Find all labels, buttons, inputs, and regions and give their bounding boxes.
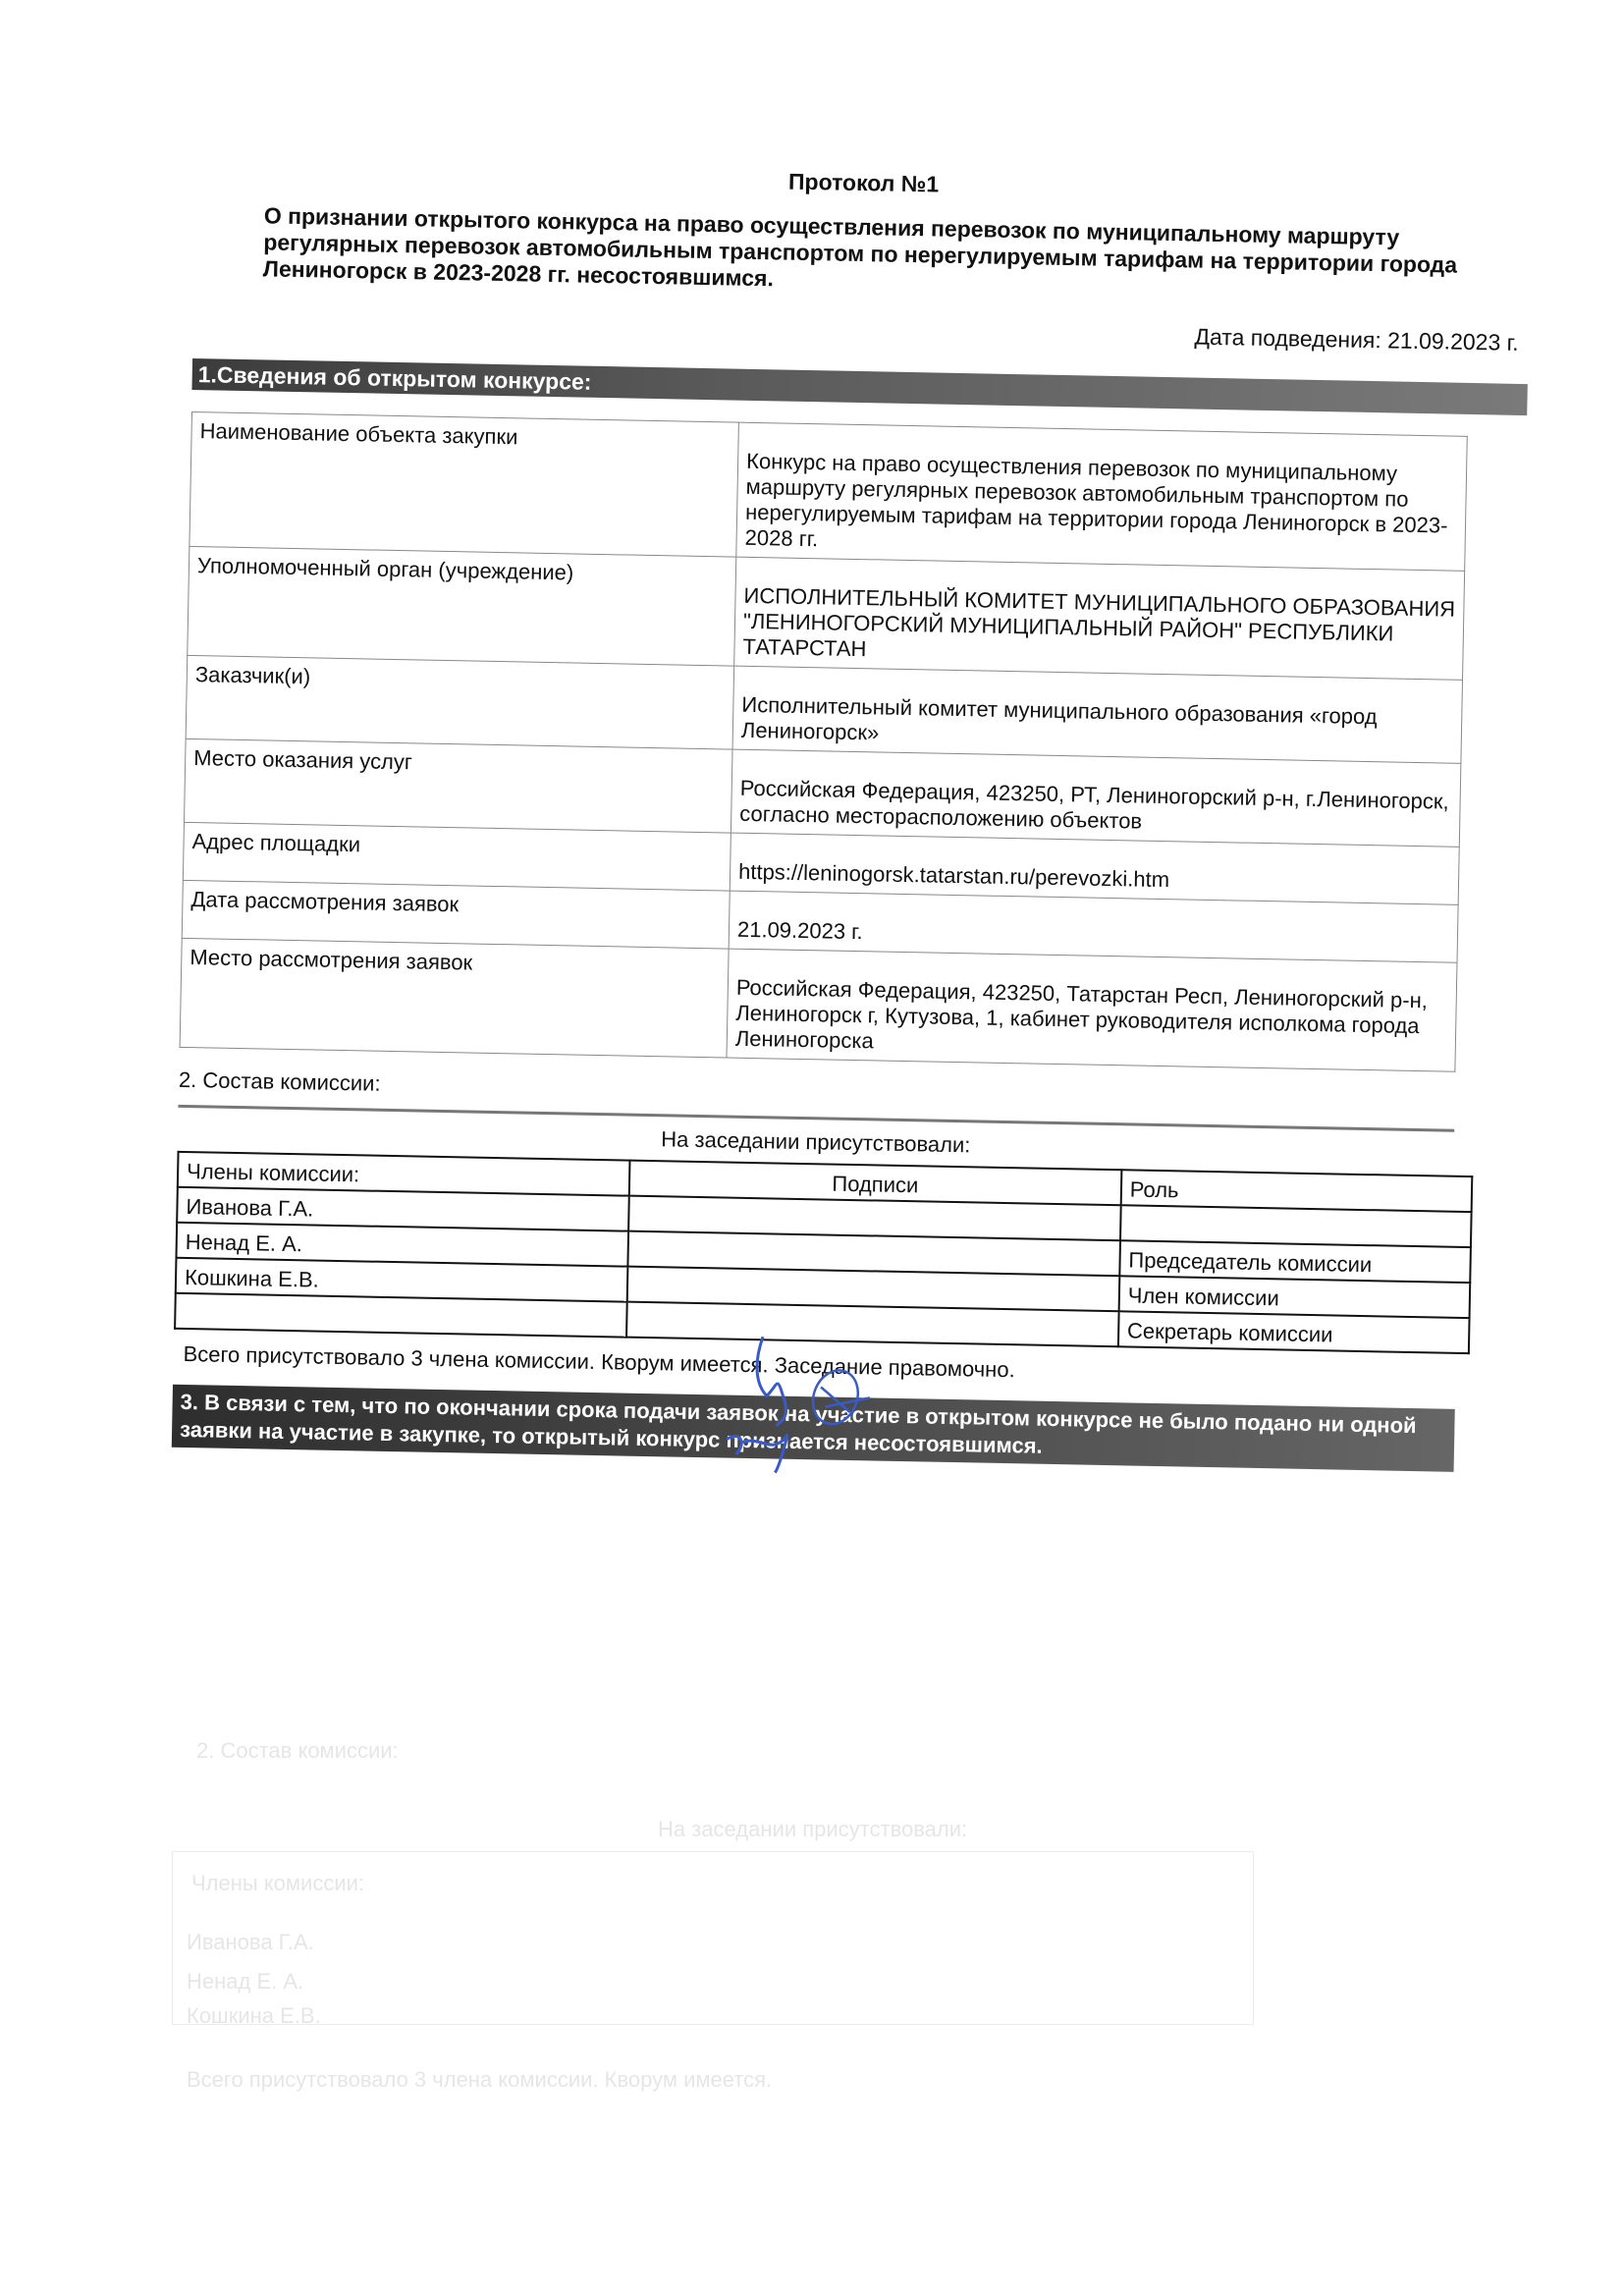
- section-1-heading: 1.Сведения об открытом конкурсе:: [191, 358, 1527, 415]
- document-subtitle: О признании открытого конкурса на право …: [194, 201, 1531, 306]
- row-value: Российская Федерация, 423250, РТ, Ленино…: [731, 749, 1460, 847]
- bleed-through-text: 2. Состав комиссии:: [196, 1738, 399, 1764]
- row-value: Конкурс на право осуществления перевозок…: [736, 422, 1467, 571]
- bleed-through-text: Члены комиссии:: [191, 1871, 364, 1896]
- bleed-through-text: На заседании присутствовали:: [658, 1817, 967, 1842]
- table-row: Наименование объекта закупки Конкурс на …: [189, 411, 1467, 571]
- row-key: Дата рассмотрения заявок: [182, 880, 730, 949]
- section-3-conclusion: 3. В связи с тем, что по окончании срока…: [172, 1385, 1455, 1472]
- bleed-through-text: Кошкина Е.В.: [187, 2003, 321, 2029]
- member-role: Секретарь комиссии: [1118, 1311, 1470, 1353]
- table-row: Место рассмотрения заявок Российская Фед…: [180, 938, 1457, 1071]
- document-body: Протокол №1 О признании открытого конкур…: [172, 157, 1532, 1473]
- document-title: Протокол №1: [195, 157, 1531, 209]
- member-name: [175, 1293, 626, 1338]
- row-key: Заказчик(и): [186, 655, 734, 749]
- conclusion-text: 3. В связи с тем, что по окончании срока…: [180, 1390, 1417, 1458]
- bleed-through-text: Иванова Г.А.: [187, 1930, 314, 1955]
- bleed-through-text: Ненад Е. А.: [187, 1969, 303, 1995]
- scanned-page: 2. Состав комиссии: На заседании присутс…: [0, 0, 1624, 2296]
- row-key: Место рассмотрения заявок: [180, 938, 729, 1058]
- row-value: ИСПОЛНИТЕЛЬНЫЙ КОМИТЕТ МУНИЦИПАЛЬНОГО ОБ…: [734, 557, 1465, 680]
- contest-info-table: Наименование объекта закупки Конкурс на …: [180, 411, 1468, 1072]
- section-1-heading-text: 1.Сведения об открытом конкурсе:: [198, 361, 592, 395]
- bleed-through-text: Всего присутствовало 3 члена комиссии. К…: [187, 2067, 772, 2093]
- row-key: Уполномоченный орган (учреждение): [188, 546, 736, 666]
- summary-date: Дата подведения: 21.09.2023 г.: [193, 304, 1529, 356]
- row-key: Адрес площадки: [183, 822, 731, 891]
- row-value: Российская Федерация, 423250, Татарстан …: [727, 949, 1457, 1071]
- row-key: Место оказания услуг: [184, 738, 732, 833]
- row-value: Исполнительный комитет муниципального об…: [732, 666, 1462, 763]
- row-key: Наименование объекта закупки: [189, 411, 739, 557]
- commission-members-table: Члены комиссии: Подписи Роль Иванова Г.А…: [174, 1151, 1473, 1354]
